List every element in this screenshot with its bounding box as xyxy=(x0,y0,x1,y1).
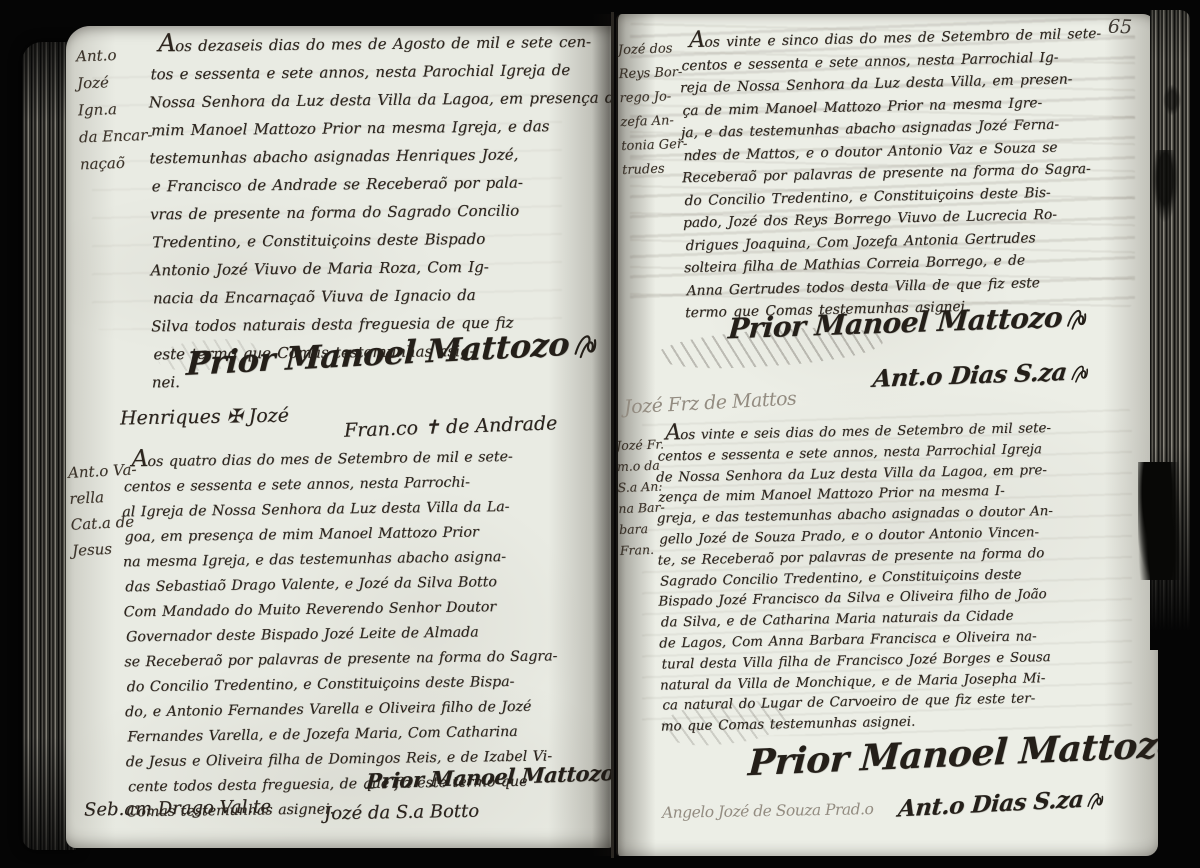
manuscript-line: mim Manoel Mattozo Prior na mesma Igreja… xyxy=(151,112,603,145)
signature-flourish-icon xyxy=(1084,788,1108,811)
signature-text: Ant.o Dias S.za xyxy=(872,357,1069,393)
witness-signature: Ant.o Dias S.za xyxy=(897,784,1108,822)
margin-note-line: Ant.o xyxy=(76,41,155,71)
record-body-1: Aos vinte e sinco dias do mes de Setembr… xyxy=(679,21,1150,325)
signature-flourish-icon xyxy=(1063,305,1091,333)
margin-note-line: trudes xyxy=(622,157,685,183)
book-gutter-fold-line xyxy=(611,12,614,858)
signature-flourish-icon xyxy=(570,330,602,362)
right-page: 65 Jozé dosReys Bor-rego Jo-zefa An-toni… xyxy=(616,14,1158,856)
record-body-2: Aos vinte e seis dias do mes de Setembro… xyxy=(655,415,1141,738)
book-fore-edge-right xyxy=(1150,10,1190,650)
manuscript-book-scan: Ant.oJozéIgn.ada Encar-naçaõ Aos dezasei… xyxy=(0,0,1200,868)
witness-signature: Seb.am Drago Val.te xyxy=(84,796,271,820)
margin-note-line: Jozé dos xyxy=(618,37,681,63)
margin-note-line: rego Jo- xyxy=(619,85,682,111)
margin-note-line: zefa An- xyxy=(620,109,683,135)
witness-signature: Fran.co ✝ de Andrade xyxy=(344,412,558,441)
margin-note-record1: Jozé dosReys Bor-rego Jo-zefa An-tonia G… xyxy=(618,37,685,183)
margin-note-record1: Ant.oJozéIgn.ada Encar-naçaõ xyxy=(76,41,159,179)
signature-flourish-icon xyxy=(1067,362,1092,386)
witness-signature: Ant.o Dias S.za xyxy=(872,356,1093,393)
faint-witness-signature: Jozé Frz de Mattos xyxy=(624,388,797,419)
witness-signature: Henriques ✠ Jozé xyxy=(120,405,289,430)
margin-note-line: da Encar- xyxy=(78,122,157,152)
faint-witness-signature: Angelo Jozé de Souza Prad.o xyxy=(662,800,874,822)
margin-note-line: Ign.a xyxy=(78,95,157,125)
signature-text: Ant.o Dias S.za xyxy=(897,786,1084,823)
page-number: 65 xyxy=(1107,16,1132,39)
left-page: Ant.oJozéIgn.ada Encar-naçaõ Aos dezasei… xyxy=(66,26,614,848)
witness-signature: Jozé da S.a Botto xyxy=(324,801,479,825)
margin-note-line: Jozé xyxy=(77,68,156,98)
margin-note-line: Reys Bor- xyxy=(618,61,681,87)
margin-note-line: tonia Ger- xyxy=(621,133,684,159)
margin-note-line: naçaõ xyxy=(79,149,158,179)
